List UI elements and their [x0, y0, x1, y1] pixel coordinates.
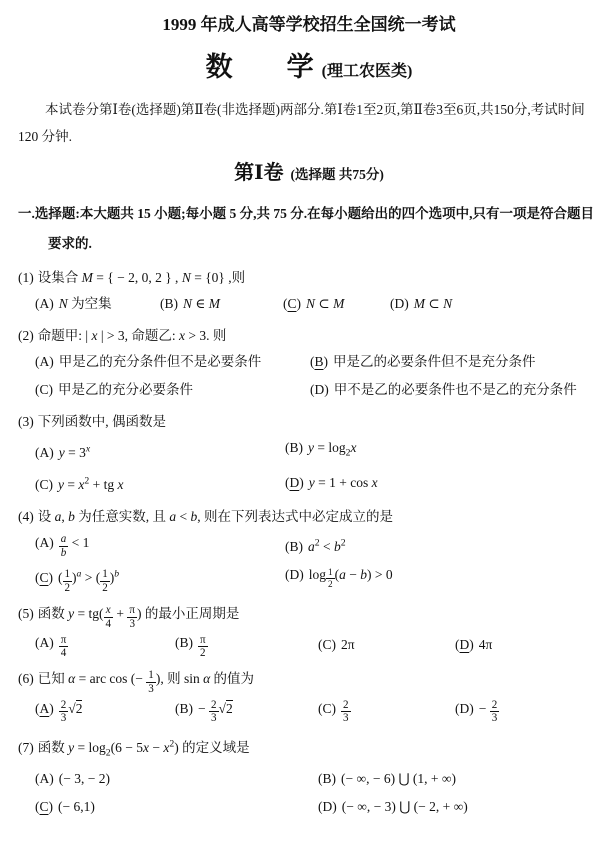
option-label: (C) [35, 570, 53, 585]
options-row: (A)23√2 (B)− 23√2 (C)23 (D)− 23 [35, 696, 600, 726]
question-stem-text: 命题甲: | x | > 3, 命题乙: x > 3. 则 [38, 328, 227, 343]
subject-row: 数 学 (理工农医类) [18, 45, 600, 84]
question-number: (4) [18, 509, 34, 524]
option-text: 23 [341, 701, 351, 716]
question-6: (6)已知 α = arc cos (− 13), 则 sin α 的值为 (A… [18, 666, 600, 725]
options-grid: (A)甲是乙的充分条件但不是必要条件 (B)甲是乙的必要条件但不是充分条件 (C… [35, 349, 600, 403]
option-label: (C) [35, 799, 53, 814]
option-label: (A) [35, 535, 54, 550]
question-stem: (4)设 a, b 为任意实数, 且 a < b, 则在下列表达式中必定成立的是 [18, 504, 600, 530]
option-4D: (D)log12(a − b) > 0 [285, 562, 600, 594]
option-4B: (B)a2 < b2 [285, 530, 600, 560]
question-number: (7) [18, 740, 34, 755]
option-label: (A) [35, 771, 54, 786]
option-7B: (B)(− ∞, − 6) ⋃ (1, + ∞) [318, 766, 600, 792]
section-title: 第Ⅰ卷 [234, 156, 283, 185]
option-label: (C) [318, 701, 336, 716]
question-stem-text: 已知 α = arc cos (− 13), 则 sin α 的值为 [38, 671, 254, 686]
option-text: − 23√2 [198, 701, 233, 716]
question-5: (5)函数 y = tg(x4 + π3) 的最小正周期是 (A)π4 (B)π… [18, 601, 600, 660]
question-number: (2) [18, 328, 34, 343]
option-7C: (C)(− 6,1) [35, 794, 318, 820]
option-text: N ∈ M [183, 296, 220, 311]
subject-category: (理工农医类) [322, 58, 413, 81]
option-text: N ⊂ M [306, 296, 344, 311]
option-1C: (C)N ⊂ M [283, 291, 390, 317]
exam-page: { "page": { "title": "1999 年成人高等学校招生全国统一… [0, 0, 614, 846]
option-label: (C) [283, 296, 301, 311]
option-label: (A) [35, 445, 54, 460]
option-label: (C) [35, 477, 53, 492]
option-text: y = 1 + cos x [309, 475, 378, 490]
option-6D: (D)− 23 [455, 696, 600, 726]
instruction-text: 一.选择题:本大题共 15 小题;每小题 5 分,共 75 分.在每小题给出的四… [18, 199, 600, 259]
option-label: (B) [160, 296, 178, 311]
option-1D: (D)M ⊂ N [390, 291, 600, 317]
options-grid: (A)y = 3x (B)y = log2x (C)y = x2 + tg x … [35, 435, 600, 498]
question-stem-text: 函数 y = tg(x4 + π3) 的最小正周期是 [38, 606, 240, 621]
options-grid: (A)ab < 1 (B)a2 < b2 (C)(12)a > (12)b (D… [35, 530, 600, 595]
option-label: (A) [35, 635, 54, 650]
options-grid: (A)(− 3, − 2) (B)(− ∞, − 6) ⋃ (1, + ∞) (… [35, 766, 600, 820]
question-2: (2)命题甲: | x | > 3, 命题乙: x > 3. 则 (A)甲是乙的… [18, 323, 600, 403]
question-stem: (5)函数 y = tg(x4 + π3) 的最小正周期是 [18, 601, 600, 631]
question-4: (4)设 a, b 为任意实数, 且 a < b, 则在下列表达式中必定成立的是… [18, 504, 600, 595]
question-number: (5) [18, 606, 34, 621]
option-label: (A) [35, 296, 54, 311]
option-5D: (D)4π [455, 632, 600, 658]
option-3D: (D)y = 1 + cos x [285, 470, 600, 496]
option-text: 2π [341, 637, 355, 652]
question-stem: (7)函数 y = log2(6 − 5x − x2) 的定义域是 [18, 731, 600, 766]
option-2B: (B)甲是乙的必要条件但不是充分条件 [310, 349, 600, 375]
option-text: y = x2 + tg x [58, 477, 123, 492]
option-6B: (B)− 23√2 [175, 696, 318, 726]
option-text: log12(a − b) > 0 [309, 567, 393, 582]
option-label: (D) [285, 475, 304, 490]
option-text: N 为空集 [59, 296, 112, 311]
option-5B: (B)π2 [175, 630, 318, 660]
option-label: (B) [175, 635, 193, 650]
options-row: (A)N 为空集 (B)N ∈ M (C)N ⊂ M (D)M ⊂ N [35, 291, 600, 317]
question-stem-text: 设 a, b 为任意实数, 且 a < b, 则在下列表达式中必定成立的是 [38, 509, 393, 524]
option-2A: (A)甲是乙的充分条件但不是必要条件 [35, 349, 310, 375]
question-number: (3) [18, 414, 34, 429]
option-4C: (C)(12)a > (12)b [35, 562, 285, 595]
question-7: (7)函数 y = log2(6 − 5x − x2) 的定义域是 (A)(− … [18, 731, 600, 820]
option-text: 甲不是乙的必要条件也不是乙的充分条件 [334, 382, 577, 397]
question-1: (1)设集合 M = { − 2, 0, 2 } , N = {0} ,则 (A… [18, 265, 600, 317]
option-label: (C) [318, 637, 336, 652]
subject-title: 数 学 [206, 45, 314, 84]
option-2C: (C)甲是乙的充分必要条件 [35, 377, 310, 403]
option-label: (D) [318, 799, 337, 814]
intro-paragraph: 本试卷分第Ⅰ卷(选择题)第Ⅱ卷(非选择题)两部分.第Ⅰ卷1至2页,第Ⅱ卷3至6页… [18, 96, 600, 150]
question-stem: (3)下列函数中, 偶函数是 [18, 409, 600, 435]
option-label: (B) [318, 771, 336, 786]
option-7D: (D)(− ∞, − 3) ⋃ (− 2, + ∞) [318, 794, 600, 820]
question-stem: (1)设集合 M = { − 2, 0, 2 } , N = {0} ,则 [18, 265, 600, 291]
option-5A: (A)π4 [35, 630, 175, 660]
option-text: y = 3x [59, 445, 90, 460]
option-text: y = log2x [308, 440, 356, 455]
option-7A: (A)(− 3, − 2) [35, 766, 318, 792]
section-heading: 第Ⅰ卷 (选择题 共75分) [18, 156, 600, 185]
question-number: (6) [18, 671, 34, 686]
option-text: (− 6,1) [58, 799, 95, 814]
option-4A: (A)ab < 1 [35, 530, 285, 560]
option-text: (− 3, − 2) [59, 771, 110, 786]
option-text: 23√2 [59, 701, 83, 716]
option-text: (− ∞, − 6) ⋃ (1, + ∞) [341, 771, 456, 786]
option-label: (A) [35, 354, 54, 369]
option-label: (B) [175, 701, 193, 716]
option-label: (D) [310, 382, 329, 397]
option-label: (D) [390, 296, 409, 311]
option-label: (B) [285, 539, 303, 554]
option-text: a2 < b2 [308, 539, 346, 554]
option-label: (B) [310, 354, 328, 369]
option-label: (D) [285, 567, 304, 582]
section-subtitle: (选择题 共75分) [290, 163, 383, 183]
exam-title: 1999 年成人高等学校招生全国统一考试 [18, 10, 600, 35]
option-text: π2 [198, 635, 208, 650]
option-text: ab < 1 [59, 535, 90, 550]
question-stem-text: 函数 y = log2(6 − 5x − x2) 的定义域是 [38, 740, 250, 755]
option-text: 甲是乙的充分必要条件 [58, 382, 193, 397]
question-stem: (2)命题甲: | x | > 3, 命题乙: x > 3. 则 [18, 323, 600, 349]
option-text: (12)a > (12)b [58, 570, 119, 585]
option-text: − 23 [479, 701, 500, 716]
option-1A: (A)N 为空集 [35, 291, 160, 317]
option-text: 甲是乙的充分条件但不是必要条件 [59, 354, 262, 369]
option-text: 甲是乙的必要条件但不是充分条件 [333, 354, 536, 369]
options-row: (A)π4 (B)π2 (C)2π (D)4π [35, 630, 600, 660]
option-text: π4 [59, 635, 69, 650]
option-5C: (C)2π [318, 632, 455, 658]
option-3A: (A)y = 3x [35, 436, 285, 466]
option-2D: (D)甲不是乙的必要条件也不是乙的充分条件 [310, 377, 600, 403]
question-3: (3)下列函数中, 偶函数是 (A)y = 3x (B)y = log2x (C… [18, 409, 600, 498]
option-3C: (C)y = x2 + tg x [35, 469, 285, 499]
option-1B: (B)N ∈ M [160, 291, 283, 317]
option-3B: (B)y = log2x [285, 435, 600, 467]
question-stem-text: 设集合 M = { − 2, 0, 2 } , N = {0} ,则 [38, 270, 245, 285]
option-label: (D) [455, 637, 474, 652]
option-text: (− ∞, − 3) ⋃ (− 2, + ∞) [342, 799, 468, 814]
question-stem-text: 下列函数中, 偶函数是 [38, 414, 166, 429]
question-number: (1) [18, 270, 34, 285]
question-stem: (6)已知 α = arc cos (− 13), 则 sin α 的值为 [18, 666, 600, 696]
option-label: (D) [455, 701, 474, 716]
option-text: M ⊂ N [414, 296, 452, 311]
option-label: (C) [35, 382, 53, 397]
option-6C: (C)23 [318, 696, 455, 726]
option-label: (B) [285, 440, 303, 455]
option-label: (A) [35, 701, 54, 716]
option-6A: (A)23√2 [35, 696, 175, 726]
option-text: 4π [479, 637, 493, 652]
